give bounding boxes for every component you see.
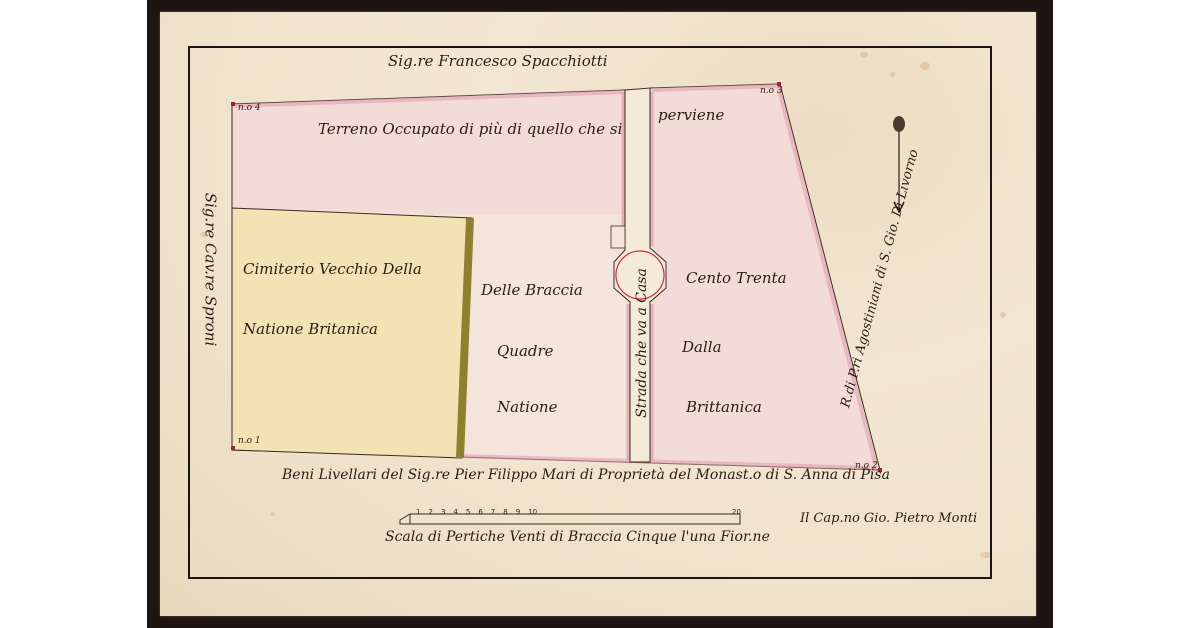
corner-dot-4	[231, 102, 235, 106]
neighbor-left-label: Sig.re Cav.re Sproni	[203, 180, 218, 360]
cemetery-line1: Cimiterio Vecchio Della	[243, 262, 422, 277]
corner-label-1: n.o 1	[238, 436, 261, 446]
top-strip-text-left: Terreno Occupato di più di quello che si	[318, 122, 622, 137]
neighbor-top-label: Sig.re Francesco Spacchiotti	[388, 54, 608, 69]
scale-label: Scala di Pertiche Venti di Braccia Cinqu…	[385, 530, 770, 544]
middle-right-line2: Dalla	[682, 340, 722, 355]
scale-ticks: 1 2 3 4 5 6 7 8 9 10	[416, 508, 537, 516]
middle-right-line1: Cento Trenta	[686, 271, 787, 286]
map-viewer: n.o 4 n.o 3 n.o 2 n.o 1 Sig.re Francesco…	[0, 0, 1200, 628]
middle-right-line3: Brittanica	[686, 400, 762, 415]
middle-left-line1: Delle Braccia	[481, 283, 583, 298]
scale-end-tick: 20	[732, 508, 741, 516]
corner-label-3: n.o 3	[760, 86, 783, 96]
neighbor-bottom-label: Beni Livellari del Sig.re Pier Filippo M…	[282, 468, 890, 482]
middle-left-line2: Quadre	[497, 344, 554, 359]
top-strip-text-right: perviene	[658, 108, 724, 123]
street-label: Strada che va a Casa	[635, 248, 649, 438]
corner-dot-1	[231, 446, 235, 450]
corner-label-4: n.o 4	[238, 103, 261, 113]
middle-left-line3: Natione	[497, 400, 557, 415]
cemetery-line2: Natione Britanica	[243, 322, 378, 337]
parcel-middle-left	[458, 215, 625, 460]
surveyor-signature: Il Cap.no Gio. Pietro Monti	[800, 512, 977, 525]
parcel-top-strip	[232, 90, 625, 230]
